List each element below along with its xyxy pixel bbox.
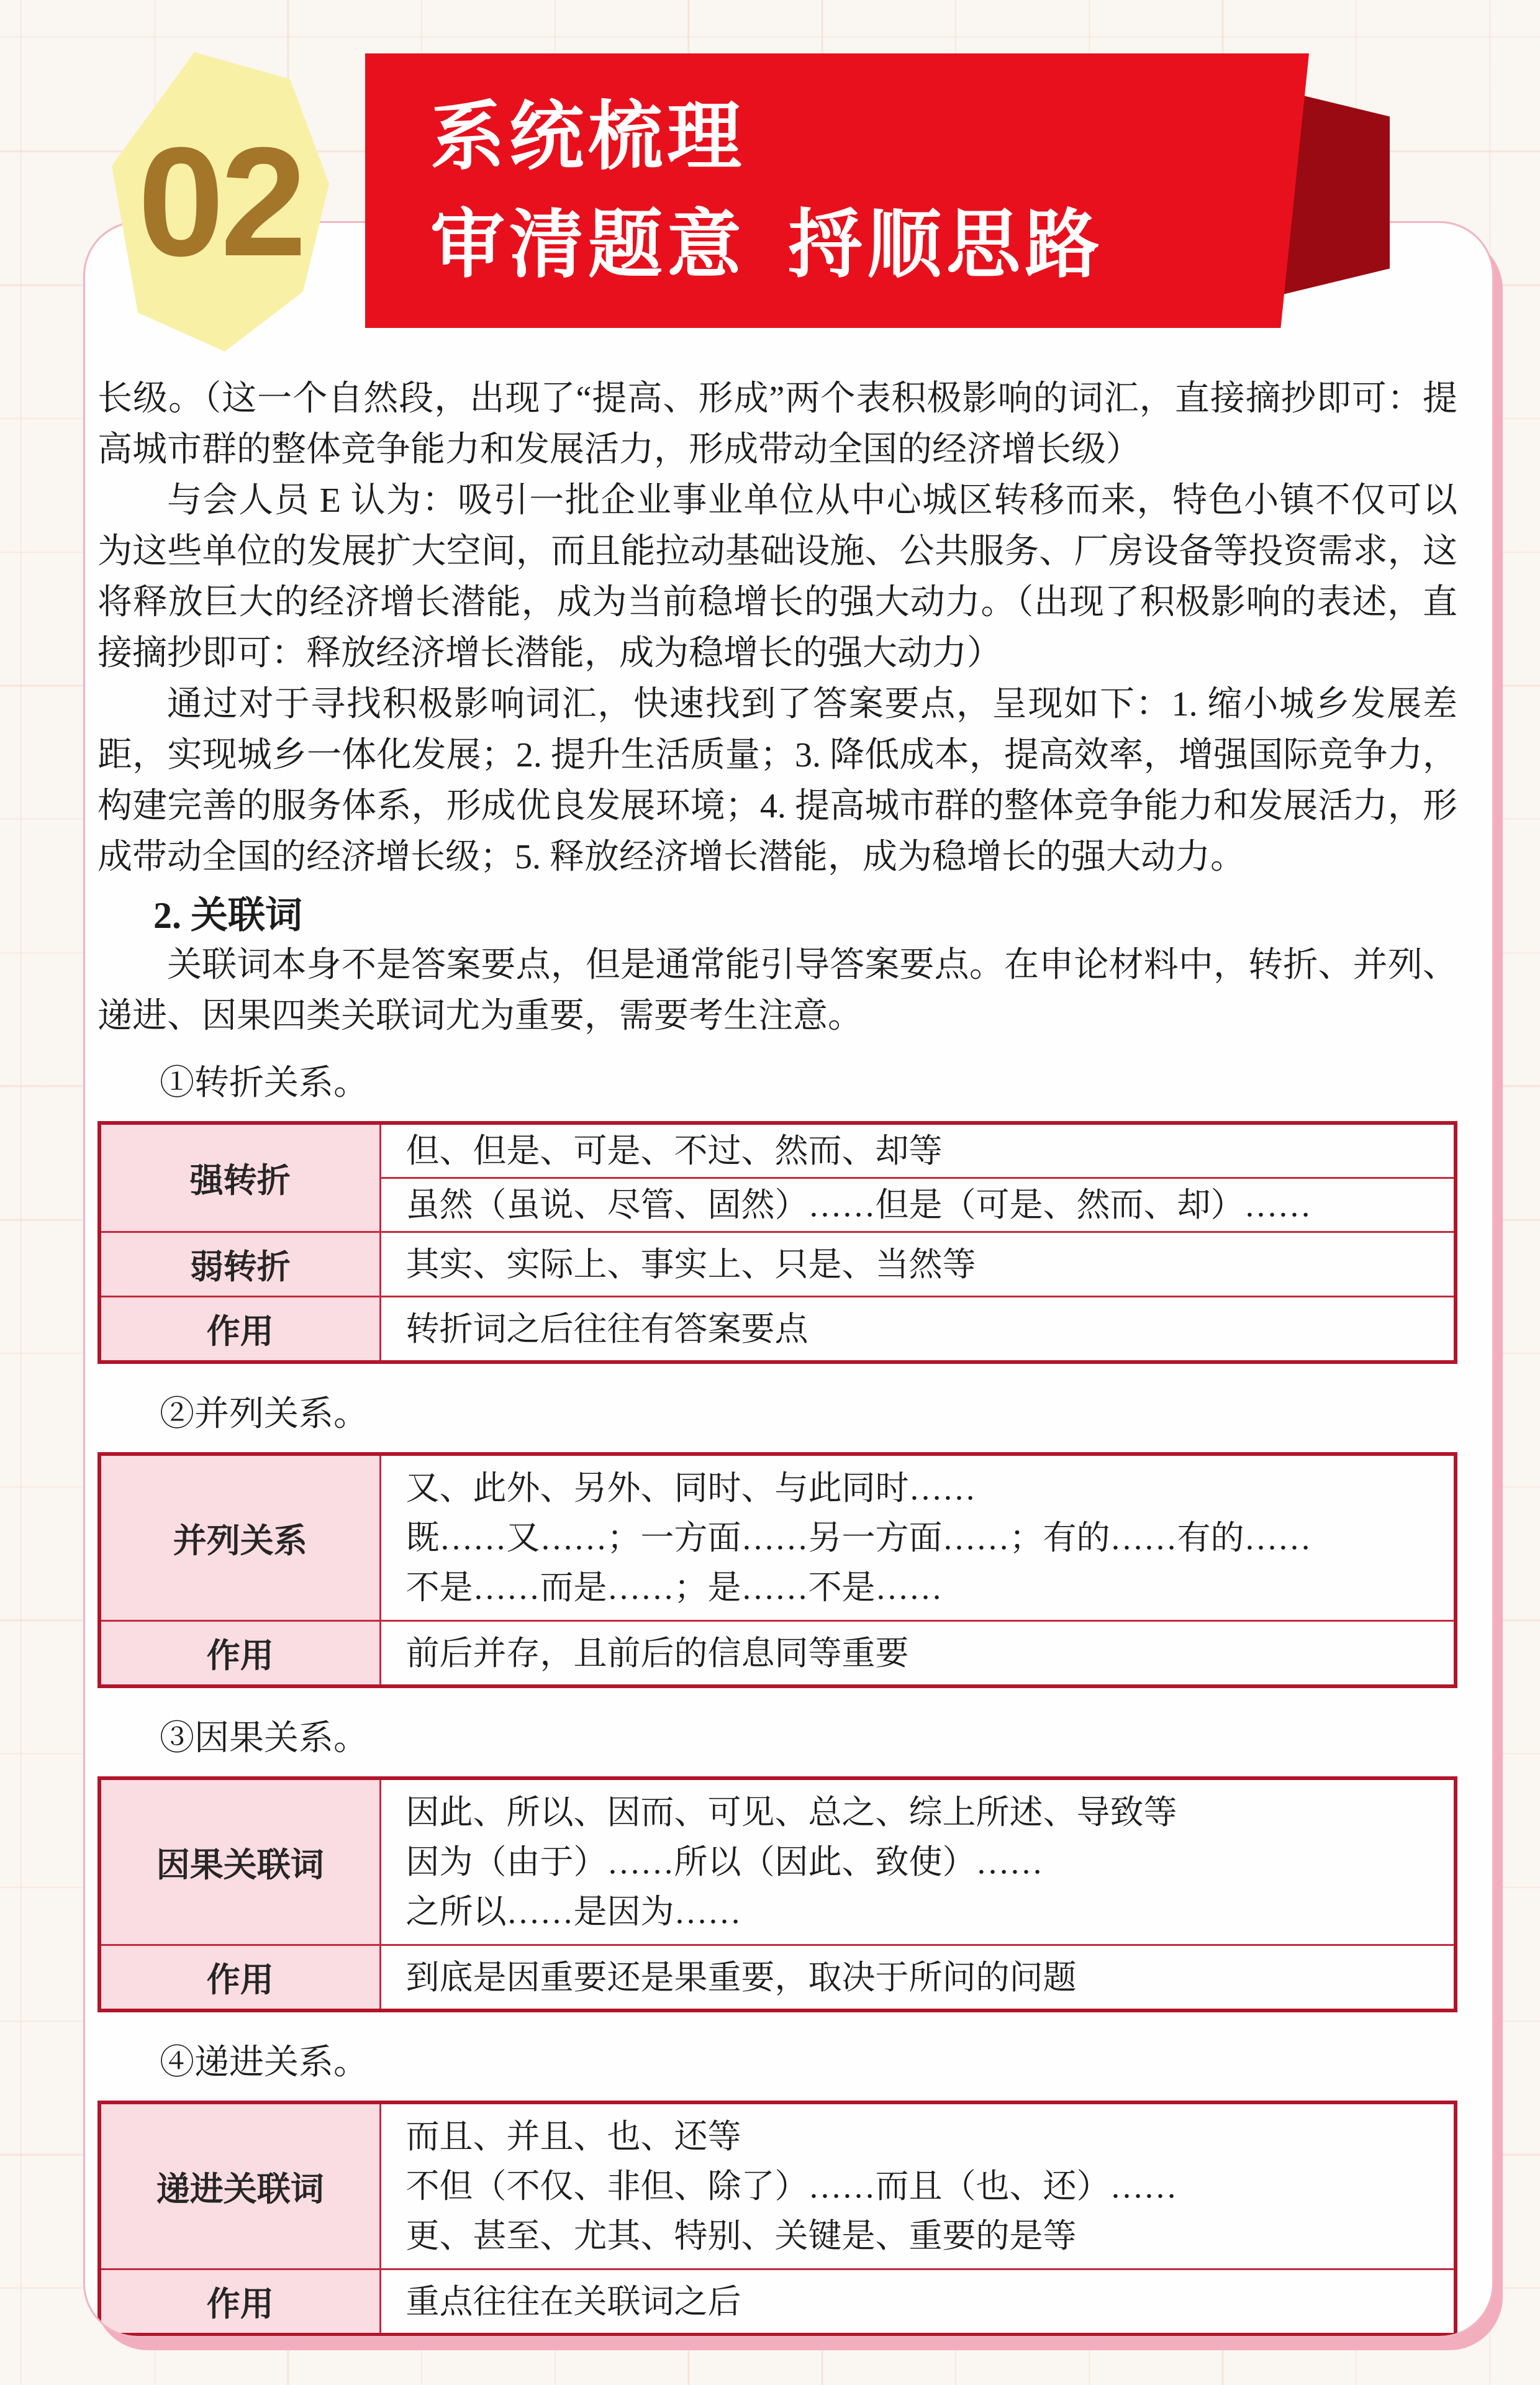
table-row: 因果关联词 因此、所以、因而、可见、总之、综上所述、导致等 因为（由于）……所以… [99, 1778, 1456, 1945]
content-line: 不但（不仅、非但、除了）……而且（也、还）…… [406, 2161, 1442, 2211]
chapter-number: 02 [138, 124, 303, 279]
content-line: 又、此外、另外、同时、与此同时…… [406, 1463, 1442, 1513]
table-binglie: 并列关系 又、此外、另外、同时、与此同时…… 既……又……；一方面……另一方面…… [97, 1452, 1457, 1688]
relation-label-yinguo: ③因果关系。 [97, 1713, 1457, 1764]
chapter-title-banner: 系统梳理 审清题意 捋顺思路 [365, 53, 1309, 328]
table-row: 作用 到底是因重要还是果重要，取决于所问的问题 [99, 1945, 1456, 2011]
card-content: 长级。（这一个自然段，出现了“提高、形成”两个表积极影响的词汇，直接摘抄即可：提… [85, 223, 1492, 2337]
content-line: 更、甚至、尤其、特别、关键是、重要的是等 [406, 2211, 1442, 2261]
row-content: 又、此外、另外、同时、与此同时…… 既……又……；一方面……另一方面……；有的…… [380, 1454, 1456, 1621]
row-label: 强转折 [99, 1123, 380, 1232]
table-row: 递进关联词 而且、并且、也、还等 不但（不仅、非但、除了）……而且（也、还）……… [99, 2102, 1456, 2269]
row-content: 转折词之后往往有答案要点 [380, 1297, 1456, 1363]
content-line: 之所以……是因为…… [406, 1887, 1442, 1937]
row-label: 作用 [99, 2269, 380, 2335]
table-row: 弱转折 其实、实际上、事实上、只是、当然等 [99, 1232, 1456, 1297]
banner-title-line-1: 系统梳理 [430, 83, 1309, 191]
row-content: 但、但是、可是、不过、然而、却等 [380, 1123, 1456, 1178]
row-label: 作用 [99, 1621, 380, 1687]
relation-label-zhuanzhe: ①转折关系。 [97, 1058, 1457, 1109]
row-label: 作用 [99, 1297, 380, 1363]
row-label: 递进关联词 [99, 2102, 380, 2269]
row-content: 而且、并且、也、还等 不但（不仅、非但、除了）……而且（也、还）…… 更、甚至、… [380, 2102, 1456, 2269]
section-intro: 关联词本身不是答案要点，但是通常能引导答案要点。在申论材料中，转折、并列、递进、… [97, 940, 1457, 1042]
paragraph-continuation: 长级。（这一个自然段，出现了“提高、形成”两个表积极影响的词汇，直接摘抄即可：提… [97, 373, 1457, 475]
banner-title-line-2: 审清题意 捋顺思路 [430, 191, 1309, 299]
table-dijin: 递进关联词 而且、并且、也、还等 不但（不仅、非但、除了）……而且（也、还）……… [97, 2101, 1457, 2337]
section-heading: 2. 关联词 [97, 891, 1457, 940]
content-line: 因为（由于）……所以（因此、致使）…… [406, 1837, 1442, 1887]
table-zhuanzhe: 强转折 但、但是、可是、不过、然而、却等 虽然（虽说、尽管、固然）……但是（可是… [97, 1121, 1457, 1364]
row-content: 因此、所以、因而、可见、总之、综上所述、导致等 因为（由于）……所以（因此、致使… [380, 1778, 1456, 1945]
row-content: 虽然（虽说、尽管、固然）……但是（可是、然而、却）…… [380, 1178, 1456, 1232]
content-line: 不是……而是……；是……不是…… [406, 1563, 1442, 1612]
page-background: { "header": { "badge_number": "02", "ban… [0, 0, 1540, 2385]
content-line: 既……又……；一方面……另一方面……；有的……有的…… [406, 1513, 1442, 1563]
paragraph: 与会人员 E 认为：吸引一批企业事业单位从中心城区转移而来，特色小镇不仅可以为这… [97, 475, 1457, 679]
table-row: 并列关系 又、此外、另外、同时、与此同时…… 既……又……；一方面……另一方面…… [99, 1454, 1456, 1621]
row-label: 因果关联词 [99, 1778, 380, 1945]
row-label: 弱转折 [99, 1232, 380, 1297]
row-content: 到底是因重要还是果重要，取决于所问的问题 [380, 1945, 1456, 2011]
table-row: 强转折 但、但是、可是、不过、然而、却等 [99, 1123, 1456, 1178]
row-content: 前后并存，且前后的信息同等重要 [380, 1621, 1456, 1687]
row-label: 作用 [99, 1945, 380, 2011]
relation-label-dijin: ④递进关系。 [97, 2037, 1457, 2088]
row-content: 重点往往在关联词之后 [380, 2269, 1456, 2335]
content-card: 长级。（这一个自然段，出现了“提高、形成”两个表积极影响的词汇，直接摘抄即可：提… [83, 221, 1494, 2338]
relation-label-binglie: ②并列关系。 [97, 1389, 1457, 1440]
content-line: 而且、并且、也、还等 [406, 2112, 1442, 2161]
content-line: 因此、所以、因而、可见、总之、综上所述、导致等 [406, 1788, 1442, 1837]
row-content: 其实、实际上、事实上、只是、当然等 [380, 1232, 1456, 1297]
paragraph: 通过对于寻找积极影响词汇，快速找到了答案要点，呈现如下：1. 缩小城乡发展差距，… [97, 679, 1457, 883]
table-row: 作用 前后并存，且前后的信息同等重要 [99, 1621, 1456, 1687]
table-row: 作用 重点往往在关联词之后 [99, 2269, 1456, 2335]
row-label: 并列关系 [99, 1454, 380, 1621]
table-yinguo: 因果关联词 因此、所以、因而、可见、总之、综上所述、导致等 因为（由于）……所以… [97, 1776, 1457, 2012]
table-row: 作用 转折词之后往往有答案要点 [99, 1297, 1456, 1363]
